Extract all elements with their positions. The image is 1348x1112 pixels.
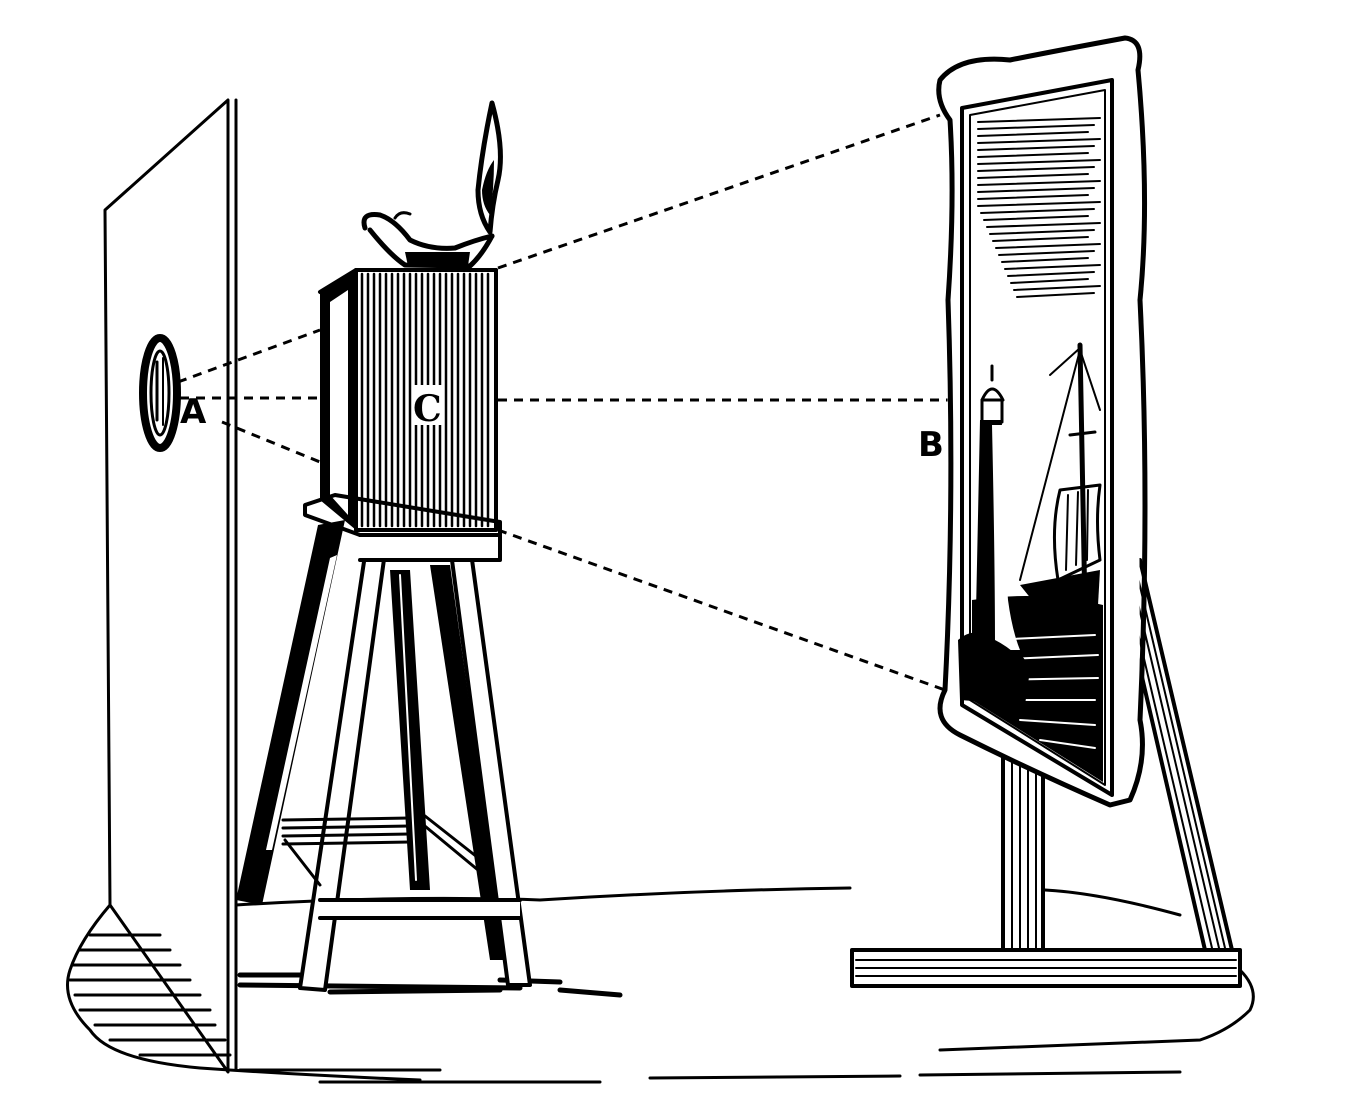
lantern-box: C xyxy=(305,270,500,535)
oil-lamp-icon xyxy=(364,103,500,266)
wall-screen: A xyxy=(105,100,236,1072)
framed-picture: B xyxy=(918,38,1145,805)
illustration: A C xyxy=(0,0,1348,1112)
projection-rays xyxy=(178,115,948,690)
label-c: C xyxy=(413,388,442,430)
stool xyxy=(236,520,530,990)
magic-lantern-engraving: A C xyxy=(0,0,1348,1112)
label-b: B xyxy=(918,425,944,465)
lens-icon xyxy=(143,338,177,448)
